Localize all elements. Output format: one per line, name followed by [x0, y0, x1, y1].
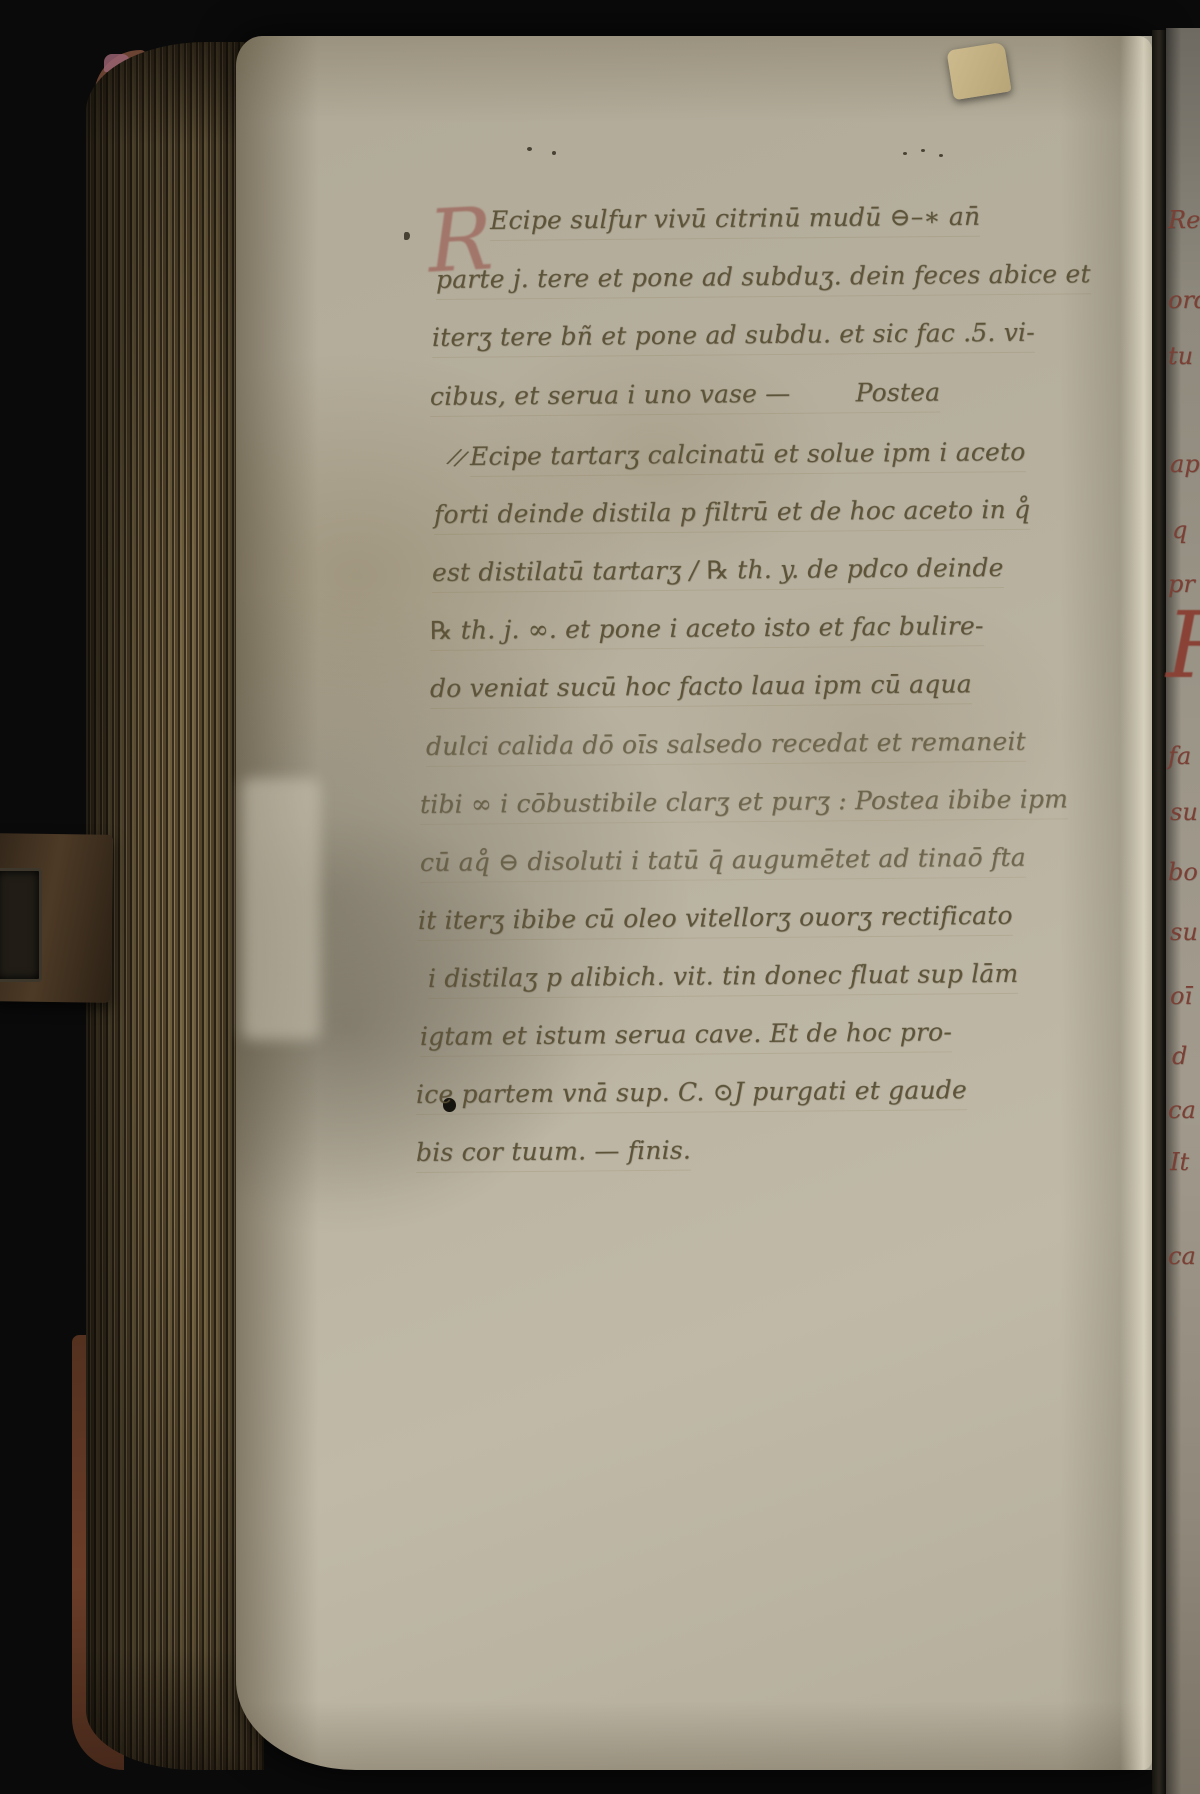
recto-text-fragment: It — [1170, 1150, 1189, 1174]
text-line: bis cor tuum. — finis. — [416, 1138, 691, 1173]
ink-speck — [903, 152, 907, 155]
text-line: tibi ∞ i cōbustibile clarʒ et purʒ : Pos… — [420, 786, 1068, 825]
text-line: cū aq̊ ⊖ disoluti i tatū q̄ augumētet ad… — [420, 845, 1026, 883]
recto-text-fragment: ca — [1168, 1244, 1196, 1268]
recto-text-fragment: oī — [1170, 984, 1192, 1008]
ink-speck — [939, 154, 943, 157]
parchment-light-patch — [242, 778, 320, 1040]
text-line: cibus, et serua i uno vase — Postea — [430, 380, 941, 417]
recto-text-fragment: q — [1172, 518, 1187, 542]
page-corner-tab — [946, 42, 1011, 100]
text-line: ice partem vnā sup. C. ⊙J purgati et gau… — [416, 1077, 967, 1115]
text-line: i distilaʒ p alibich. vit. tin donec flu… — [428, 961, 1019, 999]
recto-text-fragment: ap — [1170, 452, 1200, 476]
text-line: forti deinde distila p filtrū et de hoc … — [434, 497, 1031, 535]
text-line: Ecipe sulfur vivū citrinū mudū ⊖–∗ an̄ — [490, 204, 981, 241]
recto-text-fragment: tu — [1168, 344, 1193, 368]
text-line: Ecipe tartarʒ calcinatū et solue ipm i a… — [470, 439, 1026, 477]
recto-text-fragment: ca — [1168, 1098, 1196, 1122]
recto-text-fragment: su — [1170, 920, 1198, 944]
text-line: est distilatū tartarʒ / ℞ th. y. de pdco… — [432, 555, 1004, 593]
recto-text-fragment: su — [1170, 800, 1198, 824]
ink-speck — [552, 151, 556, 155]
recto-text-fragment: ord — [1168, 288, 1200, 312]
manuscript-photo: R // Ecipe sulfur vivū citrinū mudū ⊖–∗ … — [0, 0, 1200, 1794]
text-line: dulci calida dō oīs salsedo recedat et r… — [426, 729, 1026, 767]
ink-speck — [527, 147, 532, 151]
recto-text-fragment: d — [1172, 1044, 1187, 1068]
text-line: igtam et istum serua cave. Et de hoc pro… — [420, 1019, 952, 1057]
text-line: parte j. tere et pone ad subduʒ. dein fe… — [436, 261, 1091, 300]
ink-speck — [921, 149, 925, 152]
gutter-shadow — [1152, 30, 1166, 1794]
page-edge-highlight — [1120, 36, 1154, 1770]
recto-large-initial: R — [1166, 600, 1200, 692]
text-line: iterʒ tere bñ et pone ad subdu. et sic f… — [432, 320, 1035, 358]
recto-text-fragment: bo — [1168, 860, 1198, 884]
text-line: it iterʒ ibibe cū oleo vitellorʒ ouorʒ r… — [418, 903, 1013, 941]
recto-text-fragment: Rec — [1168, 208, 1200, 232]
text-line: do veniat sucū hoc facto laua ipm cū aqu… — [430, 671, 972, 709]
text-line: ℞ th. j. ∞. et pone i aceto isto et fac … — [430, 613, 984, 651]
clasp-metal-fitting — [0, 868, 42, 982]
recto-text-fragment: fa — [1168, 744, 1191, 768]
